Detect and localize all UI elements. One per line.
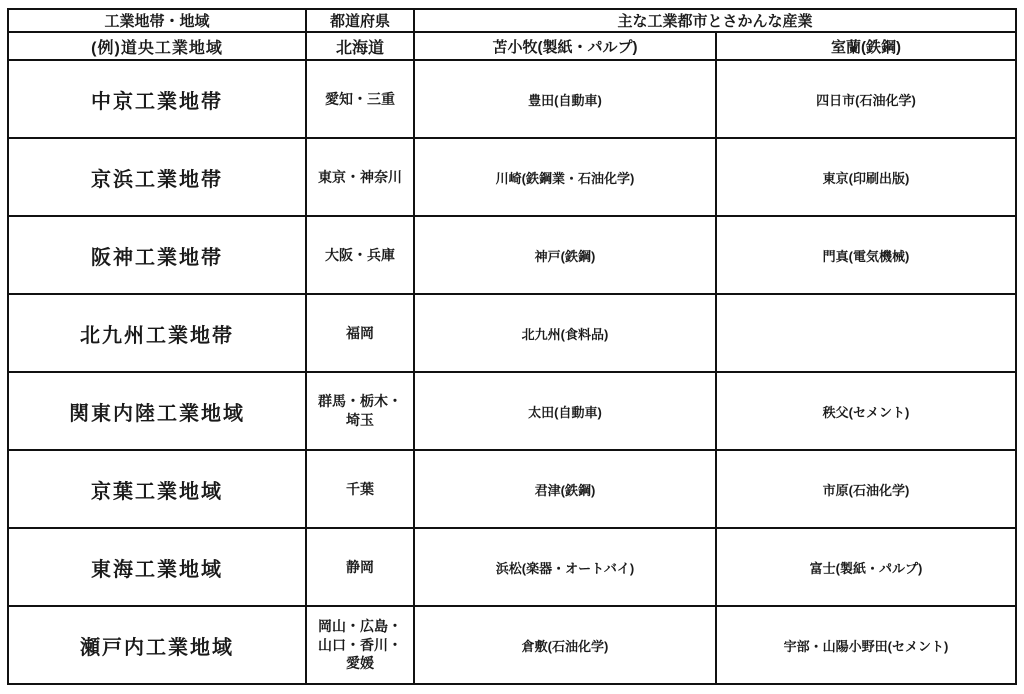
zone-cell: 京葉工業地域 <box>8 450 306 528</box>
city-cell-1: 倉敷(石油化学) <box>414 606 716 684</box>
city-cell-2: 四日市(石油化学) <box>716 60 1016 138</box>
prefecture-cell: 福岡 <box>306 294 414 372</box>
city-cell-1: 豊田(自動車) <box>414 60 716 138</box>
header-industry: 主な工業都市とさかんな産業 <box>414 9 1016 32</box>
city-cell-2: 富士(製紙・パルプ) <box>716 528 1016 606</box>
city-cell-1: 北九州(食料品) <box>414 294 716 372</box>
city-cell-2: 市原(石油化学) <box>716 450 1016 528</box>
table-row: 北九州工業地帯 福岡 北九州(食料品) <box>8 294 1016 372</box>
city-cell-1: 浜松(楽器・オートバイ) <box>414 528 716 606</box>
city-cell-2: 東京(印刷出版) <box>716 138 1016 216</box>
table-row: 関東内陸工業地域 群馬・栃木・ 埼玉 太田(自動車) 秩父(セメント) <box>8 372 1016 450</box>
header-zone: 工業地帯・地域 <box>8 9 306 32</box>
prefecture-cell: 群馬・栃木・ 埼玉 <box>306 372 414 450</box>
city-cell-1: 君津(鉄鋼) <box>414 450 716 528</box>
table-row: 阪神工業地帯 大阪・兵庫 神戸(鉄鋼) 門真(電気機械) <box>8 216 1016 294</box>
zone-cell: 東海工業地域 <box>8 528 306 606</box>
zone-cell: 北九州工業地帯 <box>8 294 306 372</box>
prefecture-cell: 愛知・三重 <box>306 60 414 138</box>
city-cell-2: 門真(電気機械) <box>716 216 1016 294</box>
prefecture-cell: 千葉 <box>306 450 414 528</box>
zone-cell: 瀬戸内工業地域 <box>8 606 306 684</box>
city-cell-1: 太田(自動車) <box>414 372 716 450</box>
industrial-zones-table: 工業地帯・地域 都道府県 主な工業都市とさかんな産業 (例)道央工業地域 北海道… <box>7 8 1017 685</box>
city-cell-2: 秩父(セメント) <box>716 372 1016 450</box>
city-cell-2 <box>716 294 1016 372</box>
city-cell-2: 宇部・山陽小野田(セメント) <box>716 606 1016 684</box>
prefecture-cell: 東京・神奈川 <box>306 138 414 216</box>
zone-cell: 京浜工業地帯 <box>8 138 306 216</box>
table-row: 東海工業地域 静岡 浜松(楽器・オートバイ) 富士(製紙・パルプ) <box>8 528 1016 606</box>
city-cell-1: 川崎(鉄鋼業・石油化学) <box>414 138 716 216</box>
city-cell-1: 神戸(鉄鋼) <box>414 216 716 294</box>
prefecture-cell: 大阪・兵庫 <box>306 216 414 294</box>
city-cell-2: 室蘭(鉄鋼) <box>716 32 1016 60</box>
table-row: 中京工業地帯 愛知・三重 豊田(自動車) 四日市(石油化学) <box>8 60 1016 138</box>
prefecture-cell: 北海道 <box>306 32 414 60</box>
city-cell-1: 苫小牧(製紙・パルプ) <box>414 32 716 60</box>
prefecture-cell: 岡山・広島・ 山口・香川・ 愛媛 <box>306 606 414 684</box>
zone-cell: 中京工業地帯 <box>8 60 306 138</box>
zone-cell: 関東内陸工業地域 <box>8 372 306 450</box>
table-row: 京葉工業地域 千葉 君津(鉄鋼) 市原(石油化学) <box>8 450 1016 528</box>
table-row: 瀬戸内工業地域 岡山・広島・ 山口・香川・ 愛媛 倉敷(石油化学) 宇部・山陽小… <box>8 606 1016 684</box>
zone-cell: 阪神工業地帯 <box>8 216 306 294</box>
table-row: 京浜工業地帯 東京・神奈川 川崎(鉄鋼業・石油化学) 東京(印刷出版) <box>8 138 1016 216</box>
header-prefecture: 都道府県 <box>306 9 414 32</box>
prefecture-cell: 静岡 <box>306 528 414 606</box>
worksheet-page: 工業地帯・地域 都道府県 主な工業都市とさかんな産業 (例)道央工業地域 北海道… <box>0 0 1024 694</box>
table-header-row: 工業地帯・地域 都道府県 主な工業都市とさかんな産業 <box>8 9 1016 32</box>
zone-cell: (例)道央工業地域 <box>8 32 306 60</box>
table-row-example: (例)道央工業地域 北海道 苫小牧(製紙・パルプ) 室蘭(鉄鋼) <box>8 32 1016 60</box>
